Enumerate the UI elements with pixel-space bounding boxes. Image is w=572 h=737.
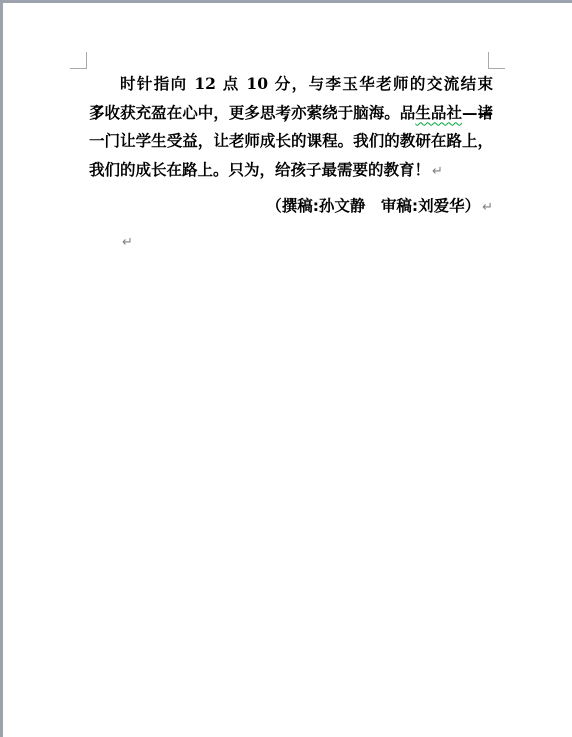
margin-crop-mark-top-right-icon [488,52,505,69]
text-run: 我们的成长在路上。只为，给孩子最需要的教育！ [89,161,430,179]
text-line[interactable]: ↵ [89,227,493,256]
document-page[interactable]: 时针指向 12 点 10 分，与李玉华老师的交流结束了，诸多收获充盈在心中，更多… [3,3,572,737]
document-text-area[interactable]: 时针指向 12 点 10 分，与李玉华老师的交流结束了，诸多收获充盈在心中，更多… [89,70,493,255]
number-run: 12 [194,74,216,93]
paragraph-mark-icon: ↵ [480,200,493,215]
text-run: —— [462,104,493,122]
margin-crop-mark-top-left-icon [70,52,87,69]
text-line[interactable]: 多收获充盈在心中，更多思考亦萦绕于脑海。品生品社—— [89,99,493,128]
text-run: （撰稿:孙文静 审稿:刘爱华） [266,197,480,215]
text-line[interactable]: 我们的成长在路上。只为，给孩子最需要的教育！↵ [89,156,493,185]
text-run: 多收获充盈在心中，更多思考亦萦绕于脑海。品 [89,104,415,122]
text-line[interactable]: 时针指向 12 点 10 分，与李玉华老师的交流结束了，诸 [89,70,493,99]
word-document-view: { "page": { "background": "#ffffff", "ed… [0,0,572,737]
text-run: 时针指向 [120,75,194,93]
paragraph-mark-icon: ↵ [120,235,133,250]
text-line[interactable]: （撰稿:孙文静 审稿:刘爱华）↵ [89,192,493,221]
text-line[interactable]: 一门让学生受益，让老师成长的课程。我们的教研在路上， [89,127,493,156]
grammar-underlined-run: 生品社 [415,104,462,122]
text-run: 一门让学生受益，让老师成长的课程。我们的教研在路上， [89,132,493,150]
paragraph-mark-icon: ↵ [430,164,443,179]
text-run: 点 [216,75,246,93]
number-run: 10 [246,74,268,93]
